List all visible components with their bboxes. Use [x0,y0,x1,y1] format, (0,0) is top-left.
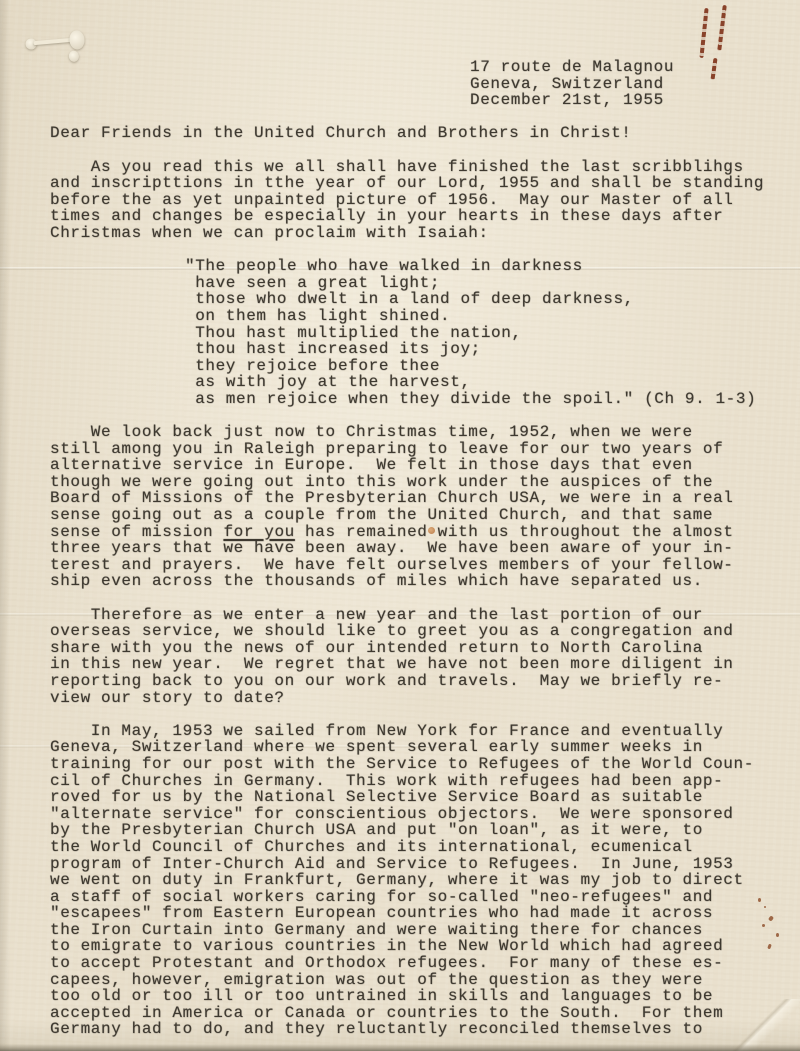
ink-dot-mark [428,527,435,534]
paragraph-opening: As you read this we all shall have finis… [50,159,780,242]
paragraph-looking-back-part1: We look back just now to Christmas time,… [50,424,780,524]
paragraph-looking-back-part2: three years that we have been away. We h… [50,540,780,590]
staple-hole-mark [69,30,86,50]
underline-sentence-line: sense of mission for you has remained wi… [50,524,780,541]
paragraph-story-review: In May, 1953 we sailed from New York for… [50,723,780,1038]
scripture-quote-block: "The people who have walked in darkness … [50,258,780,407]
return-address-block: 17 route de Malagnou Geneva, Switzerland… [470,59,780,109]
salutation-line: Dear Friends in the United Church and Br… [50,125,780,142]
page-edge-shadow [0,0,10,1051]
paragraph-new-year: Therefore as we enter a new year and the… [50,607,780,707]
underline-line-before: sense of mission [50,523,223,541]
underlined-phrase: for you [223,523,294,541]
letter-body: 17 route de Malagnou Geneva, Switzerland… [50,59,780,1051]
red-pen-stroke-mark [717,5,727,51]
red-pen-stroke-mark [699,8,708,58]
scanned-letter-page: 17 route de Malagnou Geneva, Switzerland… [0,0,800,1051]
underline-line-after: has remained with us throughout the almo… [295,523,734,541]
